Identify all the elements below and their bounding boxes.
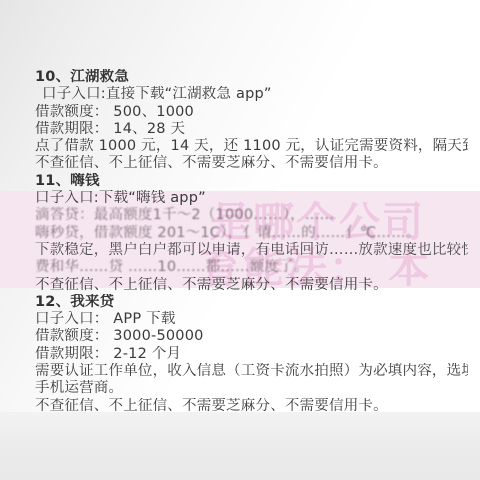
section-11-product-didadai: 滴答贷：最高额度1千～2（1000……），…… [35,207,468,224]
section-12-title: 12、我来贷 [35,294,468,311]
section-11-credit-note: 不查征信、不上征信、不需要芝麻分、不需要信用卡。 [35,277,468,294]
section-11-detail-1: 下款稳定，黑户白户都可以申请，有电话回访……放款速度也比较快，嗨钱的资金方主要是… [35,242,468,259]
section-12-credit-note: 不查征信、不上征信、不需要芝麻分、不需要信用卡。 [35,398,468,415]
section-11-entry: 口子入口:下载“嗨钱 app” [35,190,468,207]
section-10-amount: 借款额度： 500、1000 [35,104,468,121]
section-10-title: 10、江湖救急 [35,69,468,86]
section-12-amount: 借款额度： 3000-50000 [35,328,468,345]
section-12-detail-2: 手机运营商。 [35,380,468,397]
section-11-detail-2: 费和华……贷 ……10……都……额度了。 [35,259,468,276]
section-10-entry: 口子入口:直接下载“江湖救急 app” [35,86,468,103]
section-12-entry: 口子入口： APP 下载 [35,311,468,328]
section-12-term: 借款期限： 2-12 个月 [35,346,468,363]
section-11-title: 11、嗨钱 [35,173,468,190]
section-12-detail-1: 需要认证工作单位，收入信息（工资卡流水拍照）为必填内容，选填内容为公积金、京东、 [35,363,468,380]
section-10-term: 借款期限： 14、28 天 [35,121,468,138]
section-11-product-haimiaodai: 嗨秒贷，借款额度 201～1C），亻请……的……亻℃……。 [35,225,468,242]
bottom-gray-area [0,412,480,480]
screenshot-page: 是哪个公司 育能法： 本 10、江湖救急 口子入口:直接下载“江湖救急 app”… [0,0,480,480]
document-body: 10、江湖救急 口子入口:直接下载“江湖救急 app” 借款额度： 500、10… [35,69,468,415]
section-10-credit-note: 不查征信、不上征信、不需要芝麻分、不需要信用卡。 [35,155,468,172]
section-10-detail: 点了借款 1000 元，14 天，还 1100 元，认证完需要资料，隔天到账。 [35,138,468,155]
